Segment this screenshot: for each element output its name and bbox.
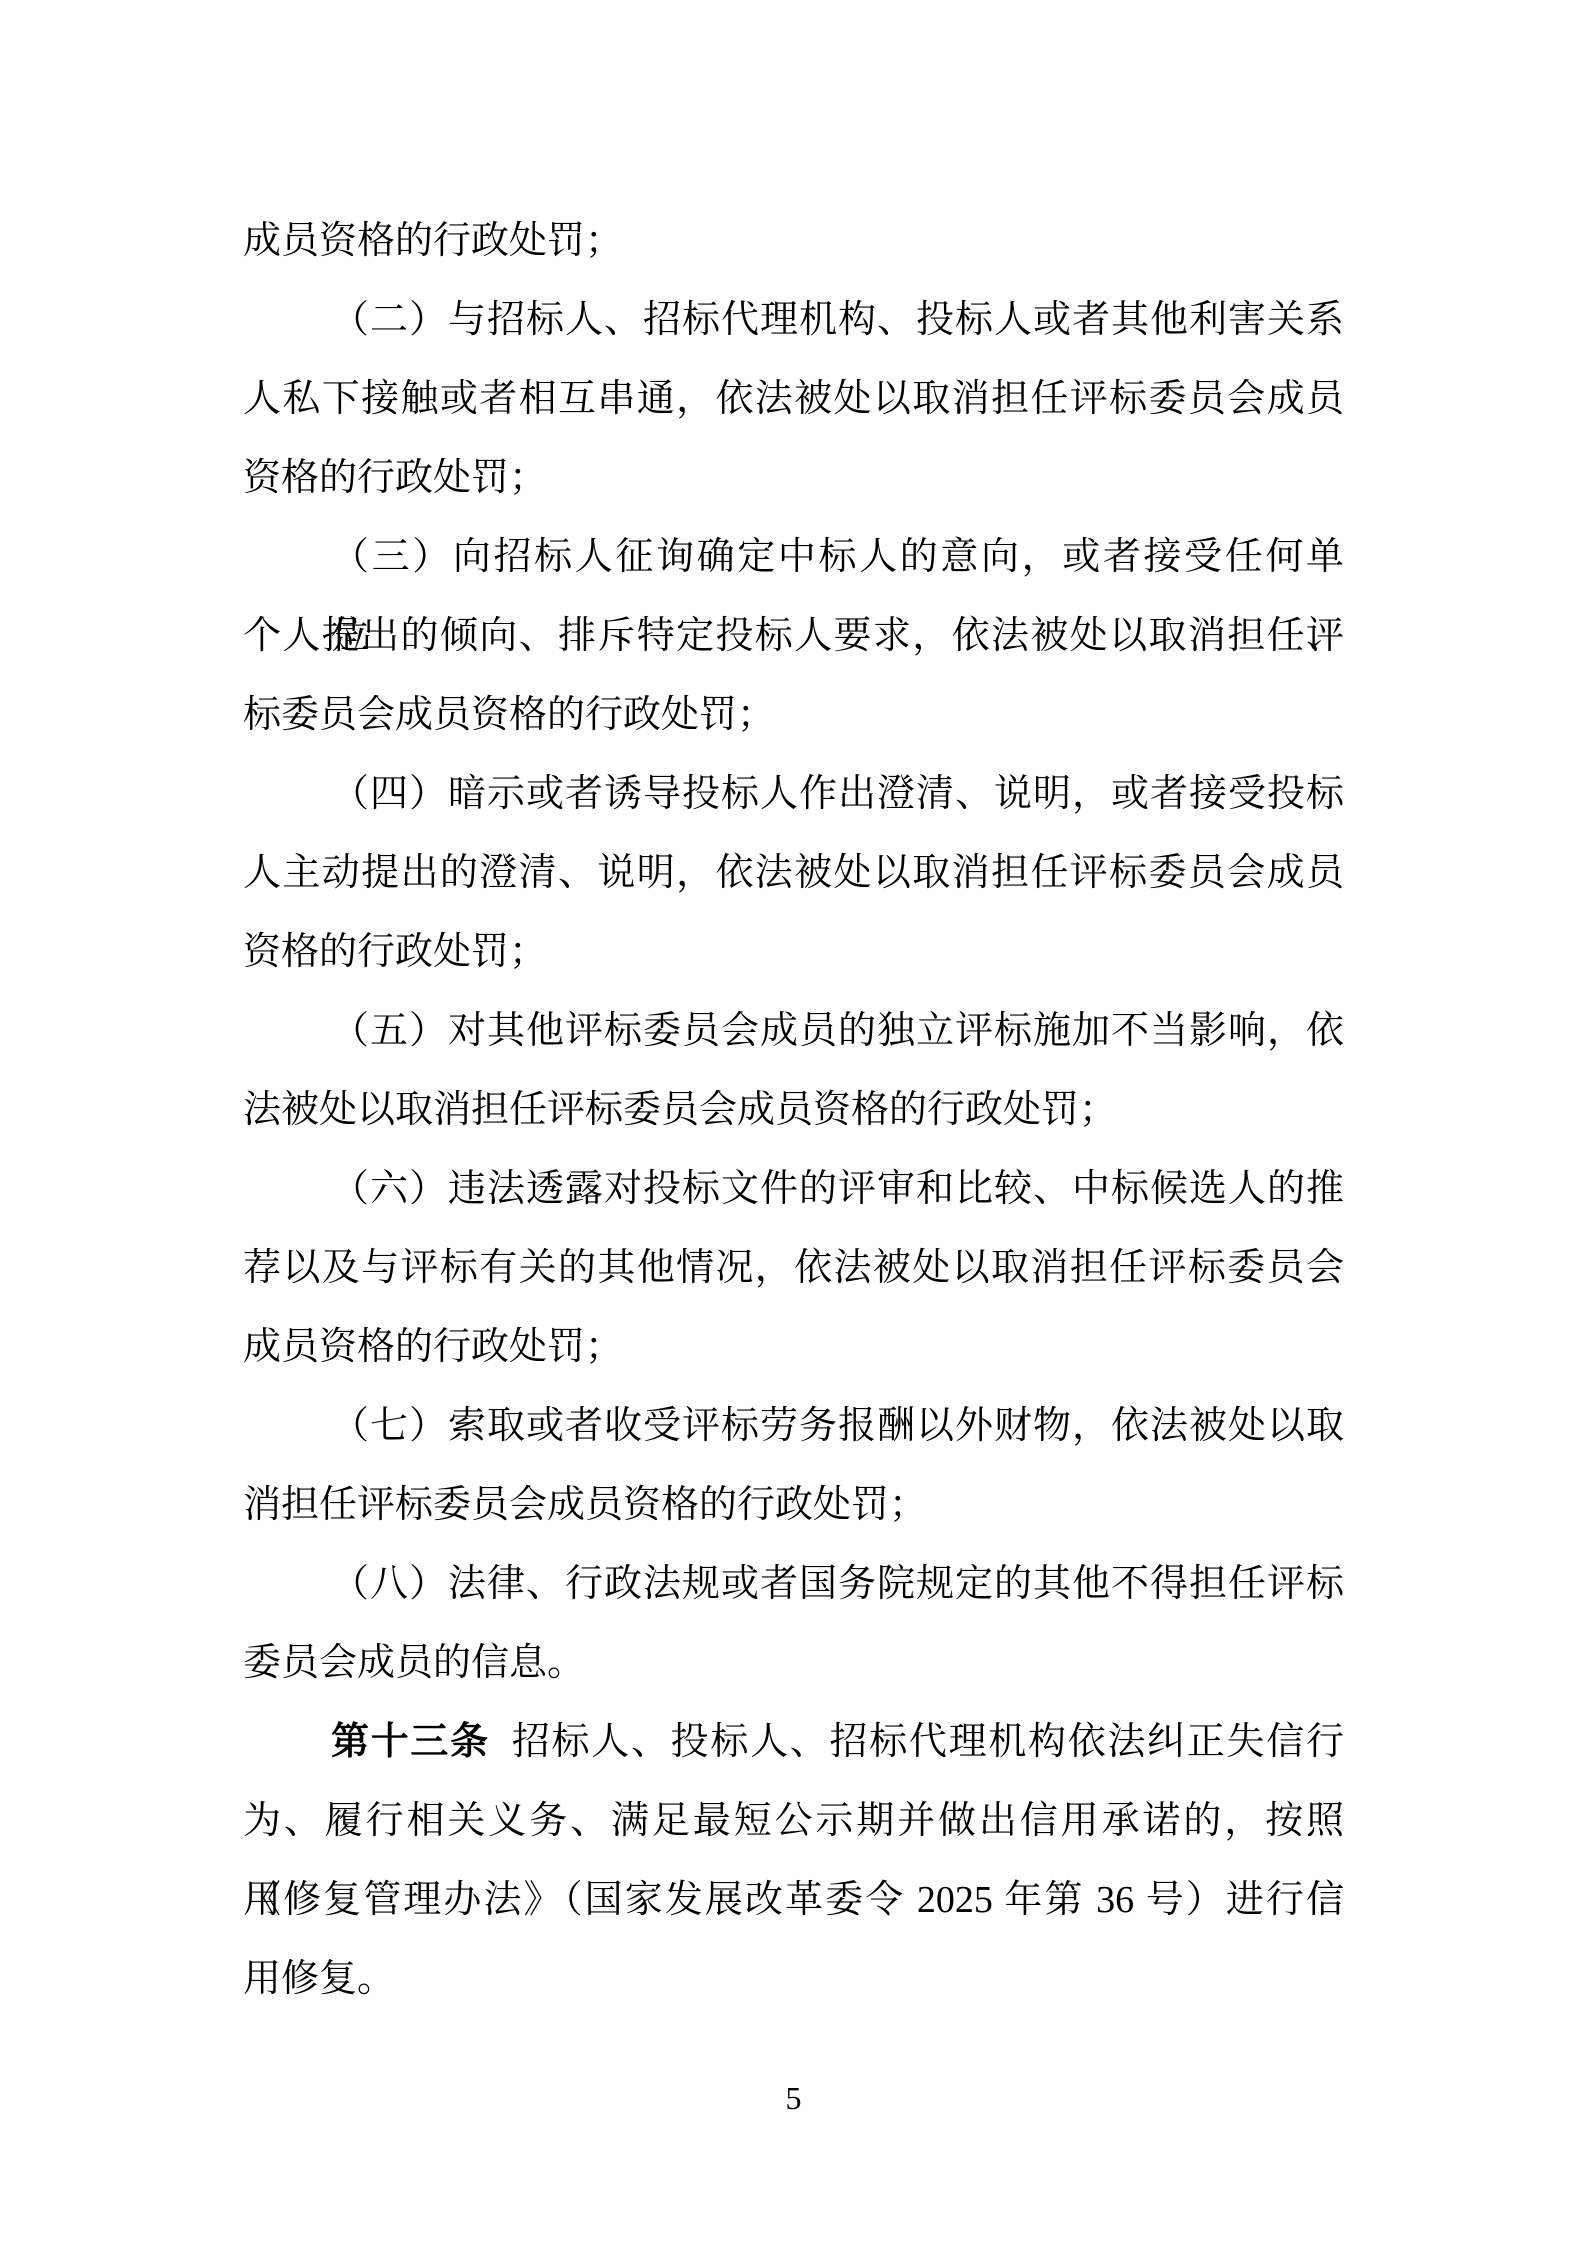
text-line: 第十三条招标人、投标人、招标代理机构依法纠正失信行 [243, 1703, 1344, 1782]
text-line: （五）对其他评标委员会成员的独立评标施加不当影响，依 [243, 992, 1344, 1071]
text-line: 法被处以取消担任评标委员会成员资格的行政处罚； [243, 1071, 1344, 1150]
text-line: 成员资格的行政处罚； [243, 1308, 1344, 1387]
text-line: 用修复管理办法》（国家发展改革委令 2025 年第 36 号）进行信 [243, 1861, 1344, 1940]
text-segment: 人主动提出的澄清、说明，依法被处以取消担任评标委员会成员 [243, 852, 1344, 894]
text-line: 委员会成员的信息。 [243, 1624, 1344, 1703]
text-line: 为、履行相关义务、满足最短公示期并做出信用承诺的，按照《信 [243, 1782, 1344, 1861]
text-line: （七）索取或者收受评标劳务报酬以外财物，依法被处以取 [243, 1387, 1344, 1466]
text-line: 资格的行政处罚； [243, 913, 1344, 992]
text-segment: 用修复管理办法》（国家发展改革委令 2025 年第 36 号）进行信 [243, 1879, 1344, 1921]
text-segment: （四）暗示或者诱导投标人作出澄清、说明，或者接受投标 [331, 773, 1344, 815]
text-line: （二）与招标人、招标代理机构、投标人或者其他利害关系 [243, 281, 1344, 360]
text-segment: 招标人、投标人、招标代理机构依法纠正失信行 [512, 1721, 1344, 1763]
text-segment: 标委员会成员资格的行政处罚； [243, 694, 775, 736]
text-segment: 消担任评标委员会成员资格的行政处罚； [243, 1484, 927, 1526]
text-line: （三）向招标人征询确定中标人的意向，或者接受任何单位、 [243, 518, 1344, 597]
text-segment: 个人提出的倾向、排斥特定投标人要求，依法被处以取消担任评 [243, 615, 1344, 657]
text-line: 人主动提出的澄清、说明，依法被处以取消担任评标委员会成员 [243, 834, 1344, 913]
text-segment: 用修复。 [243, 1958, 395, 2000]
text-line: （四）暗示或者诱导投标人作出澄清、说明，或者接受投标 [243, 755, 1344, 834]
text-segment: 资格的行政处罚； [243, 931, 547, 973]
document-page: 成员资格的行政处罚；（二）与招标人、招标代理机构、投标人或者其他利害关系人私下接… [0, 0, 1587, 2245]
text-segment: （七）索取或者收受评标劳务报酬以外财物，依法被处以取 [331, 1405, 1344, 1447]
document-body: 成员资格的行政处罚；（二）与招标人、招标代理机构、投标人或者其他利害关系人私下接… [243, 202, 1344, 2019]
text-line: 人私下接触或者相互串通，依法被处以取消担任评标委员会成员 [243, 360, 1344, 439]
text-line: 成员资格的行政处罚； [243, 202, 1344, 281]
text-line: 用修复。 [243, 1940, 1344, 2019]
text-segment: 人私下接触或者相互串通，依法被处以取消担任评标委员会成员 [243, 378, 1344, 420]
text-segment: 成员资格的行政处罚； [243, 220, 623, 262]
text-segment: 委员会成员的信息。 [243, 1642, 585, 1684]
text-segment: 荐以及与评标有关的其他情况，依法被处以取消担任评标委员会 [243, 1247, 1344, 1289]
text-line: 个人提出的倾向、排斥特定投标人要求，依法被处以取消担任评 [243, 597, 1344, 676]
text-segment: （八）法律、行政法规或者国务院规定的其他不得担任评标 [331, 1563, 1344, 1605]
text-line: 消担任评标委员会成员资格的行政处罚； [243, 1466, 1344, 1545]
text-line: （八）法律、行政法规或者国务院规定的其他不得担任评标 [243, 1545, 1344, 1624]
text-line: 荐以及与评标有关的其他情况，依法被处以取消担任评标委员会 [243, 1229, 1344, 1308]
text-segment: （六）违法透露对投标文件的评审和比较、中标候选人的推 [331, 1168, 1344, 1210]
text-segment: （二）与招标人、招标代理机构、投标人或者其他利害关系 [331, 299, 1344, 341]
text-line: （六）违法透露对投标文件的评审和比较、中标候选人的推 [243, 1150, 1344, 1229]
text-line: 标委员会成员资格的行政处罚； [243, 676, 1344, 755]
text-segment: （五）对其他评标委员会成员的独立评标施加不当影响，依 [331, 1010, 1344, 1052]
text-segment: 资格的行政处罚； [243, 457, 547, 499]
text-segment: 法被处以取消担任评标委员会成员资格的行政处罚； [243, 1089, 1117, 1131]
article-number: 第十三条 [331, 1721, 490, 1763]
text-segment: 成员资格的行政处罚； [243, 1326, 623, 1368]
page-number: 5 [0, 2080, 1587, 2116]
text-line: 资格的行政处罚； [243, 439, 1344, 518]
